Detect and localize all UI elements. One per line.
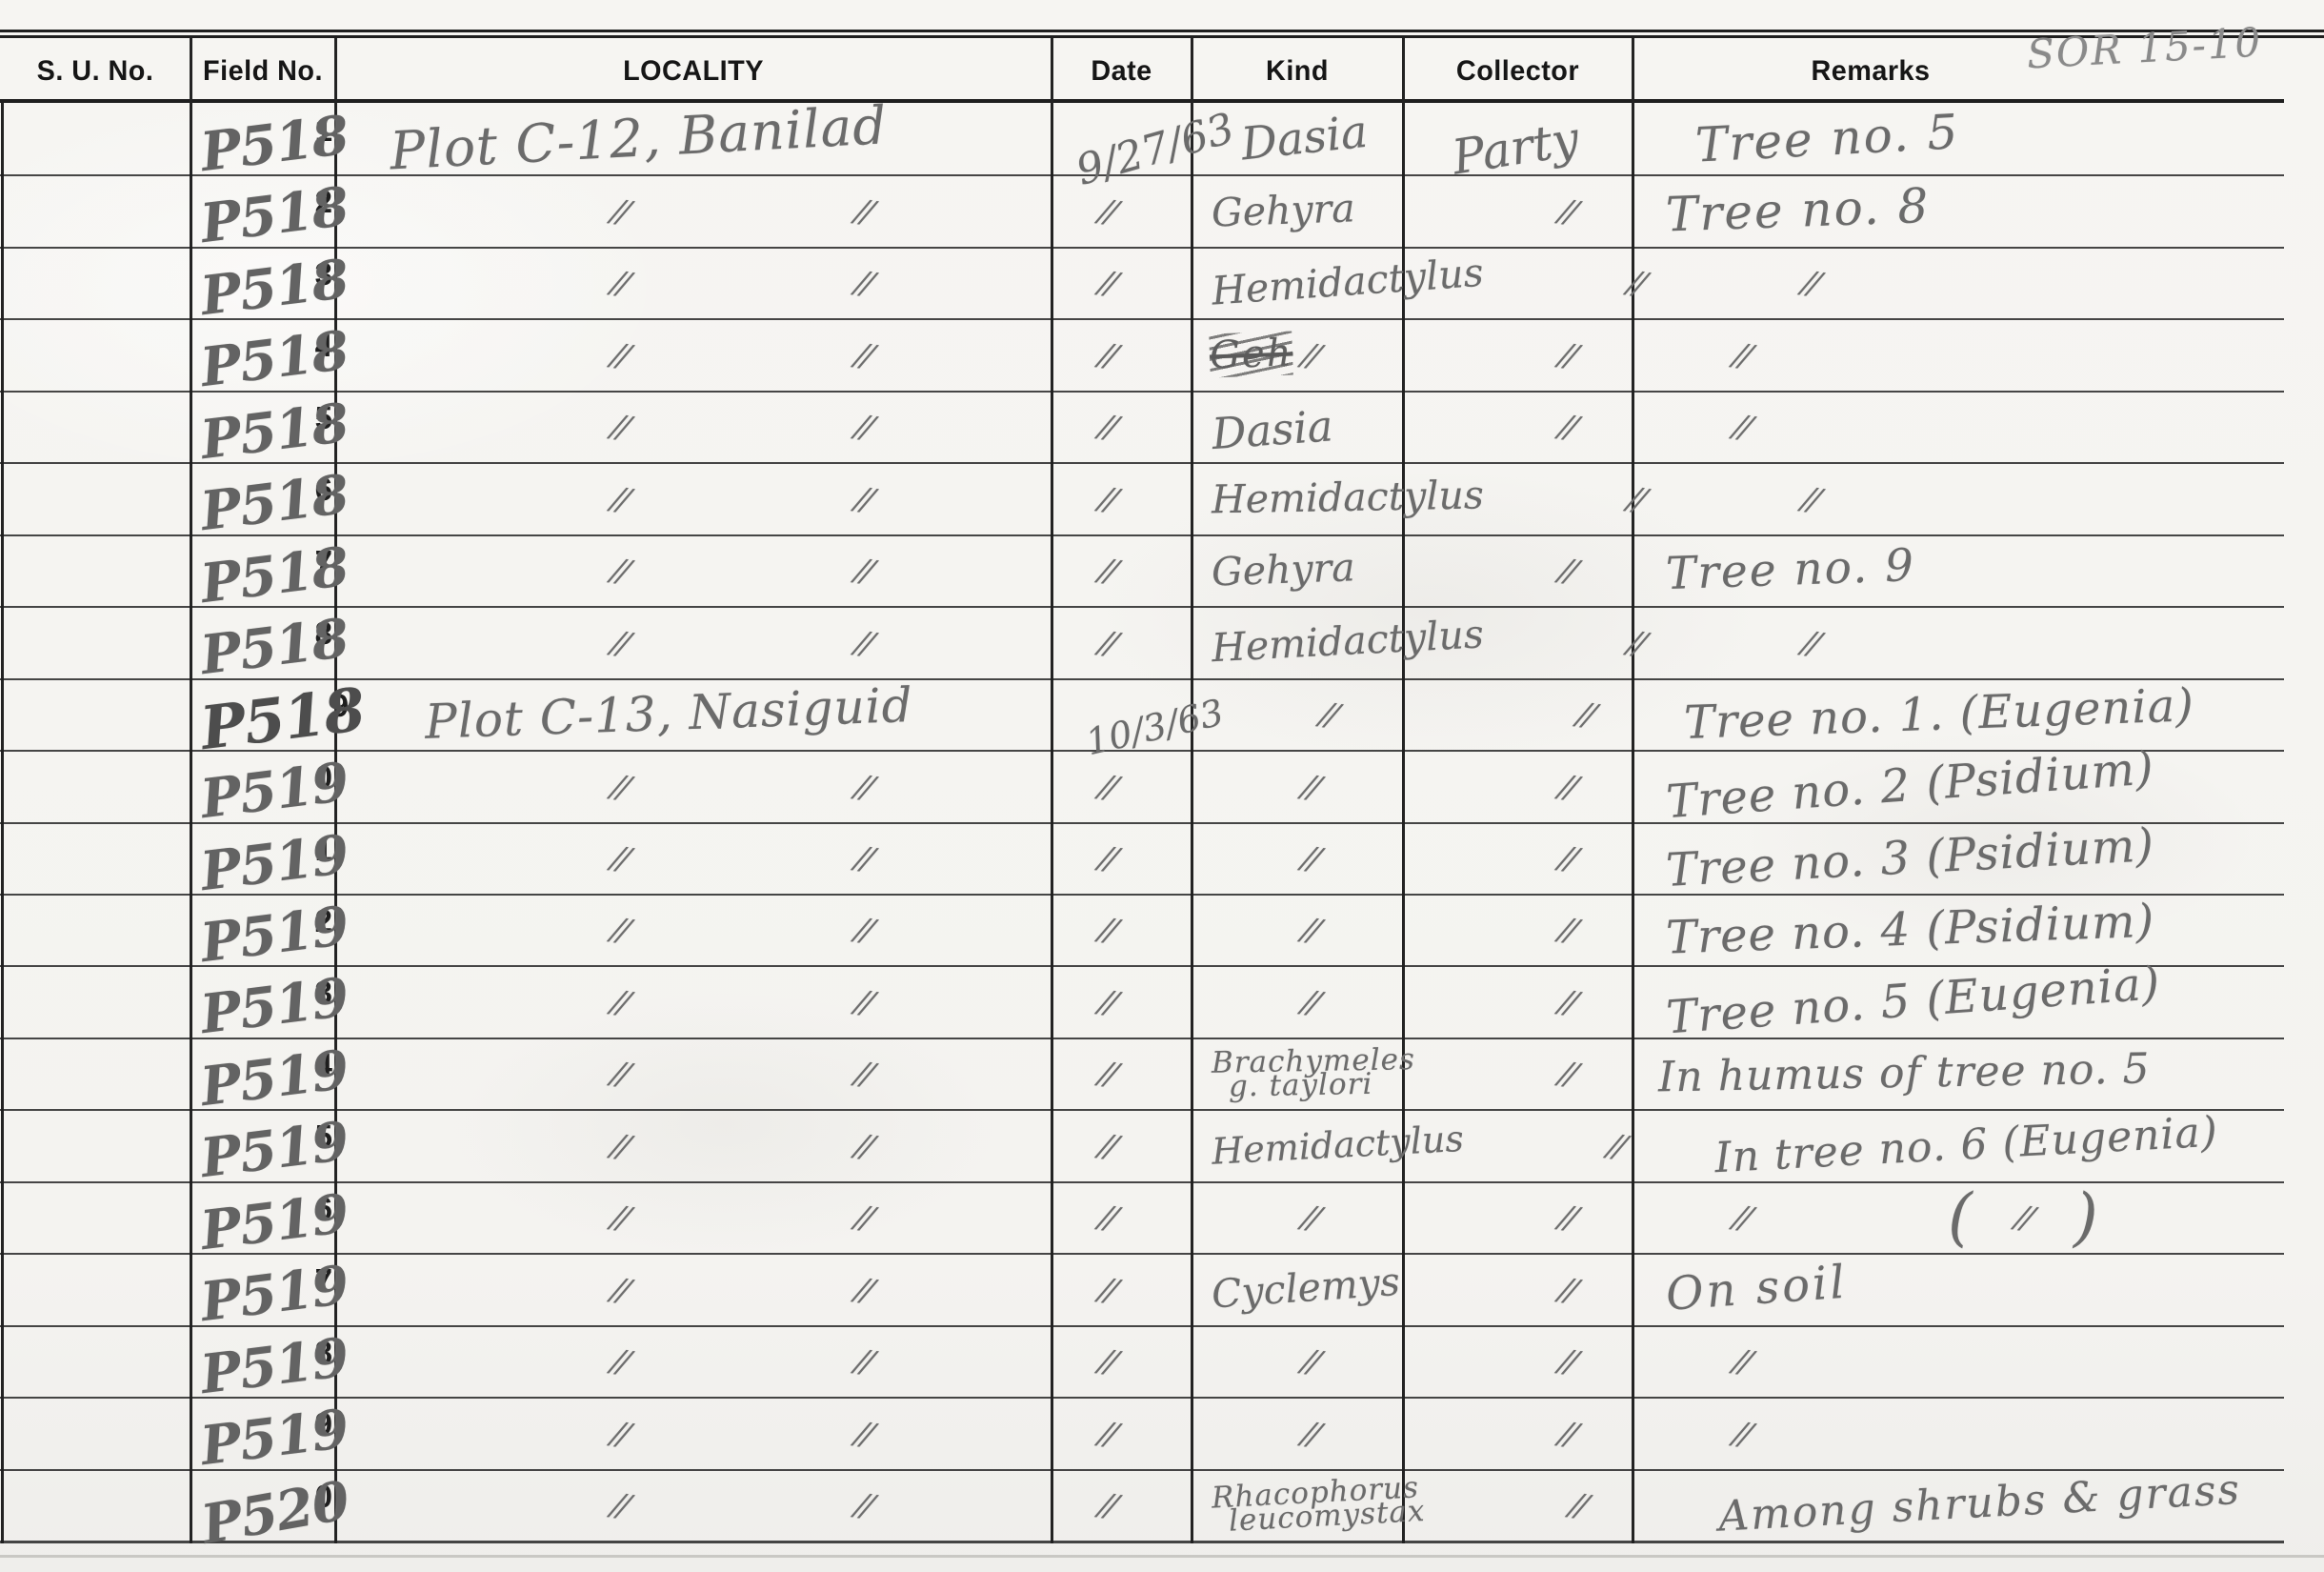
cell-collector: // bbox=[1484, 462, 1713, 534]
collector-ditto: // bbox=[1555, 335, 1578, 373]
field-number-handwritten: P518 bbox=[197, 463, 351, 543]
locality-ditto-1: // bbox=[608, 1342, 631, 1381]
collector-ditto: // bbox=[1555, 838, 1578, 877]
cell-locality: Plot C-12, Banilad bbox=[348, 103, 1064, 175]
date-ditto: // bbox=[1095, 1126, 1118, 1164]
cell-date: // bbox=[1064, 1038, 1204, 1110]
cell-su-no bbox=[0, 534, 190, 607]
table-row: P518 7 // // // Gehyra // Tree no. 9 bbox=[0, 534, 2284, 607]
cell-kind: Hemidactylus bbox=[1204, 606, 1484, 678]
kind-text-line-1: Hemidactylus bbox=[1203, 1122, 1464, 1169]
field-number-handwritten: P519 bbox=[197, 1182, 351, 1262]
kind-ditto: // bbox=[1298, 911, 1321, 949]
locality-ditto-1: // bbox=[608, 1270, 631, 1308]
collector-ditto: // bbox=[1555, 408, 1578, 446]
cell-remarks: Tree no. 1. (Eugenia) bbox=[1663, 678, 2314, 751]
locality-ditto-1: // bbox=[608, 552, 631, 590]
cell-field-no: P518 9 bbox=[190, 678, 364, 751]
kind-struck-out-word: Geh bbox=[1209, 332, 1293, 378]
cell-remarks: Tree no. 5 (Eugenia) bbox=[1645, 965, 2296, 1038]
remarks-ditto: // bbox=[1730, 408, 1753, 446]
table-row: P520 0 // // // Rhacophorus leucomystax … bbox=[0, 1469, 2284, 1542]
date-ditto: // bbox=[1095, 911, 1118, 949]
cell-field-no: P519 1 bbox=[190, 822, 348, 895]
cell-kind: Brachymeles g. taylori bbox=[1204, 1038, 1415, 1110]
remarks-ditto: // bbox=[1730, 1342, 1753, 1381]
cell-collector: // bbox=[1415, 1181, 1645, 1254]
cell-kind: // bbox=[1204, 894, 1415, 966]
cell-locality: // // bbox=[348, 894, 1064, 966]
cell-locality: // // bbox=[348, 247, 1064, 319]
cell-field-no: P519 2 bbox=[190, 894, 348, 966]
cell-remarks: // bbox=[1645, 391, 2296, 463]
remarks-ditto: // bbox=[1730, 335, 1753, 373]
field-number-handwritten: P519 bbox=[197, 1325, 351, 1405]
locality-ditto-1: // bbox=[608, 335, 631, 373]
cell-remarks: In humus of tree no. 5 bbox=[1645, 1038, 2296, 1110]
cell-locality: // // bbox=[348, 318, 1064, 391]
field-number-handwritten: P518 bbox=[197, 104, 351, 184]
kind-lines: Hemidactylus bbox=[1204, 624, 1484, 660]
locality-ditto-2: // bbox=[851, 838, 874, 877]
cell-collector: Party bbox=[1445, 103, 1674, 175]
cell-remarks: // bbox=[1645, 318, 2296, 391]
cell-su-no bbox=[0, 1038, 190, 1110]
cell-remarks: // bbox=[1713, 462, 2324, 534]
cell-collector: // bbox=[1484, 606, 1713, 678]
date-ditto: // bbox=[1095, 1342, 1118, 1381]
cell-date: // bbox=[1064, 534, 1204, 607]
kind-lines: Cyclemys bbox=[1204, 1271, 1400, 1307]
field-number-handwritten: P519 bbox=[197, 822, 351, 902]
header-locality: LOCALITY bbox=[350, 50, 1037, 93]
cell-kind: // bbox=[1204, 750, 1415, 822]
locality-ditto-1: // bbox=[608, 479, 631, 517]
locality-ditto-2: // bbox=[851, 479, 874, 517]
collector-ditto: // bbox=[1555, 1055, 1578, 1093]
collector-ditto: // bbox=[1555, 191, 1578, 230]
cell-date: // bbox=[1064, 247, 1204, 319]
collector-ditto: // bbox=[1555, 1199, 1578, 1237]
cell-collector: // bbox=[1426, 1469, 1655, 1542]
cell-locality: // // bbox=[348, 1469, 1064, 1542]
locality-ditto-2: // bbox=[851, 1126, 874, 1164]
field-number-handwritten: P519 bbox=[197, 966, 351, 1046]
header-date: Date bbox=[1054, 50, 1189, 93]
cell-remarks: Among shrubs & grass bbox=[1655, 1469, 2307, 1542]
header-su-no: S. U. No. bbox=[4, 50, 187, 93]
cell-field-no: P519 8 bbox=[190, 1325, 348, 1398]
kind-text-line-1: Cyclemys bbox=[1203, 1264, 1401, 1314]
cell-su-no bbox=[0, 822, 190, 895]
cell-locality: // // bbox=[348, 965, 1064, 1038]
table-row: P518 3 // // // Hemidactylus // // bbox=[0, 247, 2284, 319]
cell-remarks: // bbox=[1645, 1325, 2296, 1398]
cell-remarks: Tree no. 5 bbox=[1674, 103, 2324, 175]
date-ditto: // bbox=[1095, 1414, 1118, 1452]
cell-su-no bbox=[0, 1325, 190, 1398]
collector-ditto: // bbox=[1555, 911, 1578, 949]
locality-ditto-2: // bbox=[851, 1199, 874, 1237]
date-ditto: // bbox=[1095, 1270, 1118, 1308]
table-row: P518 8 // // // Hemidactylus // // bbox=[0, 606, 2284, 678]
collector-ditto: // bbox=[1555, 767, 1578, 805]
locality-ditto-2: // bbox=[851, 623, 874, 661]
cell-locality: // // bbox=[348, 606, 1064, 678]
locality-ditto-2: // bbox=[851, 1414, 874, 1452]
cell-date: // bbox=[1064, 1109, 1204, 1181]
date-ditto: // bbox=[1095, 982, 1118, 1020]
table-row: P519 2 // // // // // Tree no. 4 (Psidiu… bbox=[0, 894, 2284, 966]
cell-collector: // bbox=[1484, 247, 1713, 319]
kind-lines: Dasia bbox=[1204, 407, 1332, 446]
cell-kind: Gehyra bbox=[1204, 174, 1415, 247]
field-number-handwritten: P518 bbox=[197, 319, 351, 399]
cell-collector: // bbox=[1415, 965, 1645, 1038]
cell-field-no: P519 0 bbox=[190, 750, 348, 822]
field-number-handwritten: P519 bbox=[197, 895, 351, 975]
cell-su-no bbox=[0, 894, 190, 966]
table-row: P519 8 // // // // // // bbox=[0, 1325, 2284, 1398]
date-ditto: // bbox=[1095, 767, 1118, 805]
field-number-handwritten: P518 bbox=[197, 392, 351, 472]
collector-ditto: // bbox=[1604, 1126, 1627, 1164]
cell-remarks: // bbox=[1645, 1397, 2296, 1469]
cell-su-no bbox=[0, 462, 190, 534]
locality-ditto-1: // bbox=[608, 1414, 631, 1452]
cell-collector: // bbox=[1415, 894, 1645, 966]
cell-date: // bbox=[1064, 894, 1204, 966]
cell-collector: // bbox=[1415, 750, 1645, 822]
remarks-text: Tree no. 9 bbox=[1644, 539, 1916, 601]
cell-date: // bbox=[1064, 606, 1204, 678]
table-row: P518 4 // // // Geh // // // bbox=[0, 318, 2284, 391]
remarks-text: Tree no. 4 (Psidium) bbox=[1644, 895, 2155, 966]
cell-locality: // // bbox=[348, 1325, 1064, 1398]
cell-locality: // // bbox=[348, 1038, 1064, 1110]
table-row: P519 5 // // // Hemidactylus // In tree … bbox=[0, 1109, 2284, 1181]
remarks-ditto: // bbox=[1730, 1199, 1753, 1237]
kind-text-line-2: g. taylori bbox=[1204, 1070, 1415, 1100]
locality-ditto-2: // bbox=[851, 408, 874, 446]
locality-ditto-1: // bbox=[608, 623, 631, 661]
cell-field-no: P518 5 bbox=[190, 391, 348, 463]
cell-kind: // bbox=[1204, 1397, 1415, 1469]
cell-su-no bbox=[0, 750, 190, 822]
collector-ditto: // bbox=[1573, 695, 1596, 734]
cell-collector: // bbox=[1415, 1397, 1645, 1469]
remarks-ditto: // bbox=[1798, 264, 1821, 302]
cell-locality: // // bbox=[348, 1397, 1064, 1469]
locality-ditto-2: // bbox=[851, 767, 874, 805]
cell-remarks: // bbox=[1713, 606, 2324, 678]
remarks-text: Among shrubs & grass bbox=[1654, 1465, 2242, 1544]
cell-date: // bbox=[1064, 750, 1204, 822]
cell-collector: // bbox=[1415, 1253, 1645, 1325]
kind-text-line-1: Dasia bbox=[1232, 111, 1370, 167]
cell-date: // bbox=[1064, 822, 1204, 895]
cell-remarks: // ( // ) bbox=[1645, 1181, 2296, 1254]
top-rule-2 bbox=[0, 35, 2324, 38]
cell-date: // bbox=[1064, 318, 1204, 391]
field-number-handwritten: P519 bbox=[197, 1254, 351, 1334]
cell-locality: // // bbox=[348, 1181, 1064, 1254]
kind-text-line-1: Dasia bbox=[1203, 406, 1334, 454]
locality-ditto-2: // bbox=[851, 1485, 874, 1523]
cell-field-no: P519 4 bbox=[190, 1038, 348, 1110]
cell-remarks: Tree no. 3 (Psidium) bbox=[1645, 822, 2296, 895]
field-number-handwritten: P519 bbox=[197, 1398, 351, 1478]
table-row: P518 6 // // // Hemidactylus // // bbox=[0, 462, 2284, 534]
locality-ditto-1: // bbox=[608, 408, 631, 446]
kind-text-line-1: Gehyra bbox=[1203, 191, 1355, 232]
cell-kind: // bbox=[1204, 822, 1415, 895]
remarks-ditto: // bbox=[1730, 1414, 1753, 1452]
cell-locality: // // bbox=[348, 174, 1064, 247]
date-ditto: // bbox=[1095, 1055, 1118, 1093]
date-ditto: // bbox=[1095, 191, 1118, 230]
cell-collector: // bbox=[1415, 534, 1645, 607]
cell-date: // bbox=[1064, 391, 1204, 463]
kind-ditto: // bbox=[1298, 767, 1321, 805]
cell-locality: // // bbox=[348, 750, 1064, 822]
remarks-paren-ditto: // bbox=[2012, 1199, 2034, 1237]
locality-ditto-2: // bbox=[851, 911, 874, 949]
cell-field-no: P520 0 bbox=[190, 1469, 348, 1542]
cell-date: // bbox=[1064, 174, 1204, 247]
kind-text-line-1: Gehyra bbox=[1203, 550, 1355, 591]
cell-collector: // bbox=[1433, 678, 1663, 751]
cell-field-no: P518 3 bbox=[190, 247, 348, 319]
kind-ditto: // bbox=[1298, 838, 1321, 877]
kind-text-line-2: leucomystax bbox=[1203, 1497, 1426, 1536]
cell-field-no: P518 2 bbox=[190, 174, 348, 247]
kind-ditto: // bbox=[1298, 1199, 1321, 1237]
collector-ditto: // bbox=[1555, 1270, 1578, 1308]
ledger-page: S. U. No. Field No. LOCALITY Date Kind C… bbox=[0, 0, 2324, 1572]
remarks-text: Tree no. 1. (Eugenia) bbox=[1662, 678, 2195, 750]
date-ditto: // bbox=[1095, 479, 1118, 517]
cell-date: 9/27/63 bbox=[1064, 103, 1233, 175]
cell-remarks: Tree no. 8 bbox=[1645, 174, 2296, 247]
cell-kind: // bbox=[1204, 1325, 1415, 1398]
field-number-handwritten: P519 bbox=[197, 1038, 351, 1119]
kind-lines: Brachymeles g. taylori bbox=[1204, 1048, 1415, 1098]
remarks-text: In tree no. 6 (Eugenia) bbox=[1693, 1107, 2219, 1183]
kind-lines: Gehyra bbox=[1204, 553, 1355, 589]
table-row: P518 2 // // // Gehyra // Tree no. 8 bbox=[0, 174, 2284, 247]
cell-kind: // bbox=[1204, 1181, 1415, 1254]
kind-lines: Hemidactylus bbox=[1204, 480, 1484, 516]
cell-su-no bbox=[0, 174, 190, 247]
kind-ditto: // bbox=[1298, 335, 1321, 373]
cell-collector: // bbox=[1415, 1325, 1645, 1398]
locality-ditto-2: // bbox=[851, 1270, 874, 1308]
card-bottom-shadow bbox=[0, 1558, 2324, 1572]
cell-locality: // // bbox=[348, 534, 1064, 607]
date-ditto: // bbox=[1095, 623, 1118, 661]
header-collector: Collector bbox=[1408, 50, 1628, 93]
cell-kind: Dasia bbox=[1204, 391, 1415, 463]
collector-ditto: // bbox=[1555, 1414, 1578, 1452]
kind-text-line-1: Hemidactylus bbox=[1203, 617, 1484, 668]
cell-collector: // bbox=[1464, 1109, 1693, 1181]
collector-ditto: // bbox=[1566, 1485, 1589, 1523]
collector-ditto: // bbox=[1555, 1342, 1578, 1381]
cell-remarks: // bbox=[1713, 247, 2324, 319]
cell-field-no: P518 8 bbox=[190, 606, 348, 678]
cell-date: // bbox=[1064, 1325, 1204, 1398]
collector-ditto: // bbox=[1555, 982, 1578, 1020]
cell-field-no: P519 5 bbox=[190, 1109, 348, 1181]
cell-su-no bbox=[0, 678, 190, 751]
remarks-ditto: // bbox=[1798, 479, 1821, 517]
collector-ditto: // bbox=[1555, 552, 1578, 590]
locality-ditto-2: // bbox=[851, 1055, 874, 1093]
cell-date: 10/3/63 bbox=[1080, 678, 1222, 751]
remarks-text: On soil bbox=[1643, 1256, 1849, 1323]
table-row: P518 9 Plot C-13, Nasiguid 10/3/63 // //… bbox=[0, 678, 2284, 751]
cell-remarks: Tree no. 9 bbox=[1645, 534, 2296, 607]
field-number-handwritten: P518 bbox=[197, 534, 351, 615]
locality-ditto-1: // bbox=[608, 191, 631, 230]
remarks-text: Tree no. 8 bbox=[1644, 178, 1931, 243]
cell-locality: Plot C-13, Nasiguid bbox=[364, 678, 1080, 751]
kind-text-line-1: Hemidactylus bbox=[1203, 255, 1485, 311]
cell-field-no: P518 6 bbox=[190, 462, 348, 534]
date-ditto: // bbox=[1095, 1485, 1118, 1523]
cell-kind: Gehyra bbox=[1204, 534, 1415, 607]
cell-locality: // // bbox=[348, 462, 1064, 534]
kind-ditto: // bbox=[1316, 695, 1339, 734]
locality-ditto-2: // bbox=[851, 982, 874, 1020]
table-row: P519 6 // // // // // // ( // ) bbox=[0, 1181, 2284, 1254]
locality-ditto-1: // bbox=[608, 838, 631, 877]
remarks-text: Tree no. 5 bbox=[1673, 104, 1960, 174]
locality-text: Plot C-12, Banilad bbox=[347, 94, 889, 184]
cell-date: // bbox=[1064, 462, 1204, 534]
cell-date: // bbox=[1064, 1181, 1204, 1254]
table-rows: P518 1 Plot C-12, Banilad 9/27/63 Dasia … bbox=[0, 0, 2324, 1572]
cell-field-no: P519 9 bbox=[190, 1397, 348, 1469]
cell-collector: // bbox=[1415, 318, 1645, 391]
table-row: P519 1 // // // // // Tree no. 3 (Psidiu… bbox=[0, 822, 2284, 895]
cell-locality: // // bbox=[348, 822, 1064, 895]
kind-ditto: // bbox=[1298, 1342, 1321, 1381]
remarks-text: Tree no. 5 (Eugenia) bbox=[1644, 957, 2162, 1047]
cell-kind: Geh // bbox=[1204, 318, 1415, 391]
cell-field-no: P518 7 bbox=[190, 534, 348, 607]
cell-locality: // // bbox=[348, 391, 1064, 463]
locality-ditto-1: // bbox=[608, 1199, 631, 1237]
cell-collector: // bbox=[1415, 822, 1645, 895]
cell-su-no bbox=[0, 1181, 190, 1254]
cell-kind: Hemidactylus bbox=[1204, 247, 1484, 319]
cell-date: // bbox=[1064, 1469, 1204, 1542]
remarks-paren-close: ) bbox=[2074, 1180, 2098, 1254]
cell-su-no bbox=[0, 965, 190, 1038]
cell-su-no bbox=[0, 318, 190, 391]
cell-field-no: P518 1 bbox=[190, 103, 348, 175]
cell-su-no bbox=[0, 606, 190, 678]
locality-ditto-1: // bbox=[608, 264, 631, 302]
kind-lines: Hemidactylus bbox=[1204, 265, 1484, 301]
cell-su-no bbox=[0, 391, 190, 463]
table-row: P518 5 // // // Dasia // // bbox=[0, 391, 2284, 463]
top-rule-1 bbox=[0, 30, 2324, 32]
cell-field-no: P519 3 bbox=[190, 965, 348, 1038]
cell-date: // bbox=[1064, 1253, 1204, 1325]
cell-remarks: On soil bbox=[1645, 1253, 2296, 1325]
table-row: P519 0 // // // // // Tree no. 2 (Psidiu… bbox=[0, 750, 2284, 822]
table-row: P519 7 // // // Cyclemys // On soil bbox=[0, 1253, 2284, 1325]
cell-date: // bbox=[1064, 1397, 1204, 1469]
cell-collector: // bbox=[1415, 174, 1645, 247]
cell-kind: Hemidactylus bbox=[1204, 462, 1484, 534]
table-row: P519 4 // // // Brachymeles g. taylori /… bbox=[0, 1038, 2284, 1110]
table-row: P519 9 // // // // // // bbox=[0, 1397, 2284, 1469]
field-number-handwritten: P519 bbox=[197, 1110, 351, 1190]
cell-kind: // bbox=[1222, 678, 1433, 751]
cell-remarks: In tree no. 6 (Eugenia) bbox=[1693, 1109, 2324, 1181]
cell-collector: // bbox=[1415, 391, 1645, 463]
locality-ditto-1: // bbox=[608, 911, 631, 949]
table-row: P518 1 Plot C-12, Banilad 9/27/63 Dasia … bbox=[0, 103, 2284, 175]
cell-field-no: P518 4 bbox=[190, 318, 348, 391]
date-ditto: // bbox=[1095, 408, 1118, 446]
collector-ditto: // bbox=[1624, 479, 1647, 517]
cell-su-no bbox=[0, 1253, 190, 1325]
locality-ditto-2: // bbox=[851, 335, 874, 373]
date-ditto: // bbox=[1095, 552, 1118, 590]
locality-ditto-2: // bbox=[851, 1342, 874, 1381]
header-field-no: Field No. bbox=[193, 50, 332, 93]
locality-ditto-1: // bbox=[608, 1485, 631, 1523]
collector-ditto: // bbox=[1624, 623, 1647, 661]
kind-text-line-1: Hemidactylus bbox=[1204, 478, 1484, 519]
cell-date: // bbox=[1064, 965, 1204, 1038]
cell-field-no: P519 6 bbox=[190, 1181, 348, 1254]
kind-ditto: // bbox=[1298, 982, 1321, 1020]
kind-lines: Hemidactylus bbox=[1204, 1129, 1464, 1162]
kind-ditto: // bbox=[1298, 1414, 1321, 1452]
cell-kind: Hemidactylus bbox=[1204, 1109, 1464, 1181]
cell-locality: // // bbox=[348, 1109, 1064, 1181]
cell-remarks: Tree no. 2 (Psidium) bbox=[1645, 750, 2296, 822]
locality-ditto-2: // bbox=[851, 264, 874, 302]
remarks-ditto: // bbox=[1798, 623, 1821, 661]
table-row: P519 3 // // // // // Tree no. 5 (Eugeni… bbox=[0, 965, 2284, 1038]
date-ditto: // bbox=[1095, 1199, 1118, 1237]
locality-ditto-1: // bbox=[608, 1126, 631, 1164]
kind-lines: Rhacophorus leucomystax bbox=[1204, 1480, 1426, 1530]
locality-ditto-1: // bbox=[608, 767, 631, 805]
remarks-text: Tree no. 3 (Psidium) bbox=[1644, 818, 2155, 898]
field-number-handwritten: P518 bbox=[197, 607, 351, 687]
kind-lines: Gehyra bbox=[1204, 193, 1355, 230]
cell-su-no bbox=[0, 247, 190, 319]
cell-su-no bbox=[0, 103, 190, 175]
cell-kind: Rhacophorus leucomystax bbox=[1204, 1469, 1426, 1542]
cell-su-no bbox=[0, 1469, 190, 1542]
header-kind: Kind bbox=[1195, 50, 1398, 93]
cell-su-no bbox=[0, 1397, 190, 1469]
remarks-text: In humus of tree no. 5 bbox=[1645, 1045, 2151, 1102]
remarks-paren-group: ( // ) bbox=[1948, 1180, 2098, 1254]
cell-field-no: P519 7 bbox=[190, 1253, 348, 1325]
cell-kind: Dasia bbox=[1233, 103, 1445, 175]
cell-kind: Cyclemys bbox=[1204, 1253, 1415, 1325]
